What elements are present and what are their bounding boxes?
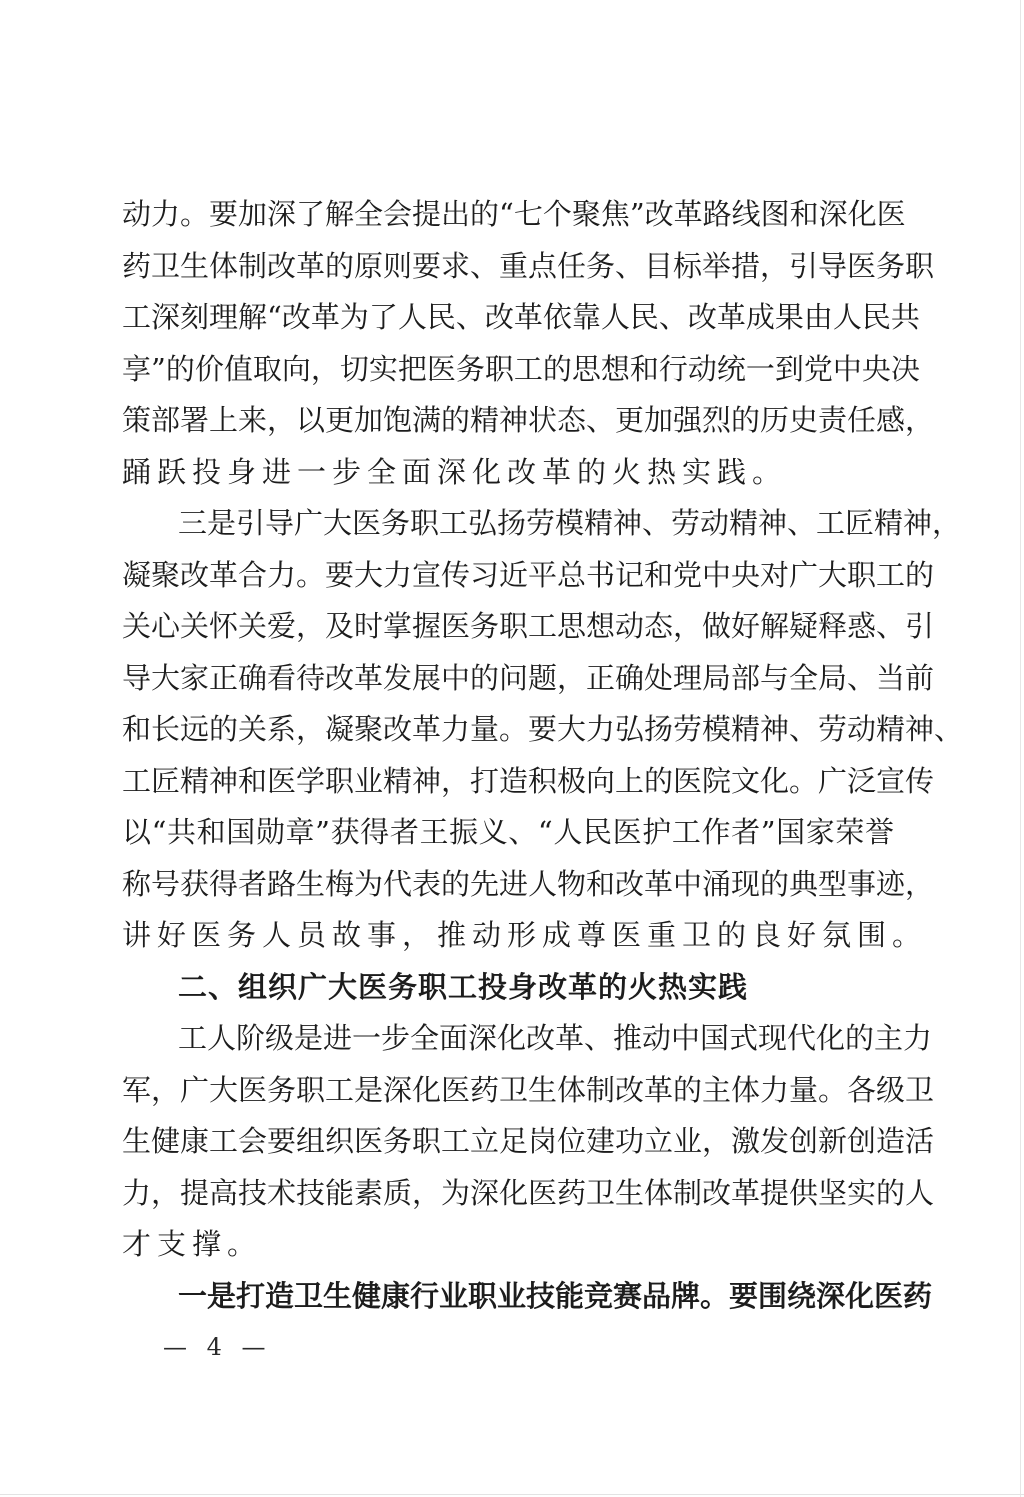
paragraph-line: 以“共和国勋章”获得者王振义、“人民医护工作者”国家荣誉 [122, 807, 894, 859]
paragraph-first-line-bold: 一是打造卫生健康行业职业技能竞赛品牌。要围绕深化医药 [122, 1271, 894, 1323]
paragraph-line: 关心关怀关爱，及时掌握医务职工思想动态，做好解疑释惑、引 [122, 601, 894, 653]
paragraph-line: 称号获得者路生梅为代表的先进人物和改革中涌现的典型事迹， [122, 859, 894, 911]
paragraph-first-line: 工人阶级是进一步全面深化改革、推动中国式现代化的主力 [122, 1013, 894, 1065]
paragraph-line: 凝聚改革合力。要大力宣传习近平总书记和党中央对广大职工的 [122, 550, 894, 602]
paragraph-line: 药卫生体制改革的原则要求、重点任务、目标举措，引导医务职 [122, 241, 894, 293]
page-edge-right [1020, 0, 1021, 1497]
paragraph-line: 和长远的关系，凝聚改革力量。要大力弘扬劳模精神、劳动精神、 [122, 704, 894, 756]
paragraph-line: 策部署上来，以更加饱满的精神状态、更加强烈的历史责任感， [122, 395, 894, 447]
page-number: — 4 — [163, 1332, 272, 1362]
page-edge-bottom [0, 1494, 1024, 1495]
paragraph-line: 动力。要加深了解全会提出的“七个聚焦”改革路线图和深化医 [122, 189, 894, 241]
paragraph-first-line: 三是引导广大医务职工弘扬劳模精神、劳动精神、工匠精神， [122, 498, 894, 550]
paragraph-line-end: 踊跃投身进一步全面深化改革的火热实践。 [122, 447, 894, 499]
paragraph-line-end: 讲好医务人员故事，推动形成尊医重卫的良好氛围。 [122, 910, 894, 962]
section-heading: 二、组织广大医务职工投身改革的火热实践 [122, 962, 894, 1014]
paragraph-line: 工匠精神和医学职业精神，打造积极向上的医院文化。广泛宣传 [122, 756, 894, 808]
paragraph-line: 导大家正确看待改革发展中的问题，正确处理局部与全局、当前 [122, 653, 894, 705]
document-body: 动力。要加深了解全会提出的“七个聚焦”改革路线图和深化医 药卫生体制改革的原则要… [122, 189, 894, 1322]
paragraph-line-end: 才支撑。 [122, 1219, 894, 1271]
paragraph-line: 享”的价值取向，切实把医务职工的思想和行动统一到党中央决 [122, 344, 894, 396]
paragraph-line: 工深刻理解“改革为了人民、改革依靠人民、改革成果由人民共 [122, 292, 894, 344]
paragraph-line: 军，广大医务职工是深化医药卫生体制改革的主体力量。各级卫 [122, 1065, 894, 1117]
paragraph-line: 力，提高技术技能素质，为深化医药卫生体制改革提供坚实的人 [122, 1168, 894, 1220]
paragraph-line: 生健康工会要组织医务职工立足岗位建功立业，激发创新创造活 [122, 1116, 894, 1168]
